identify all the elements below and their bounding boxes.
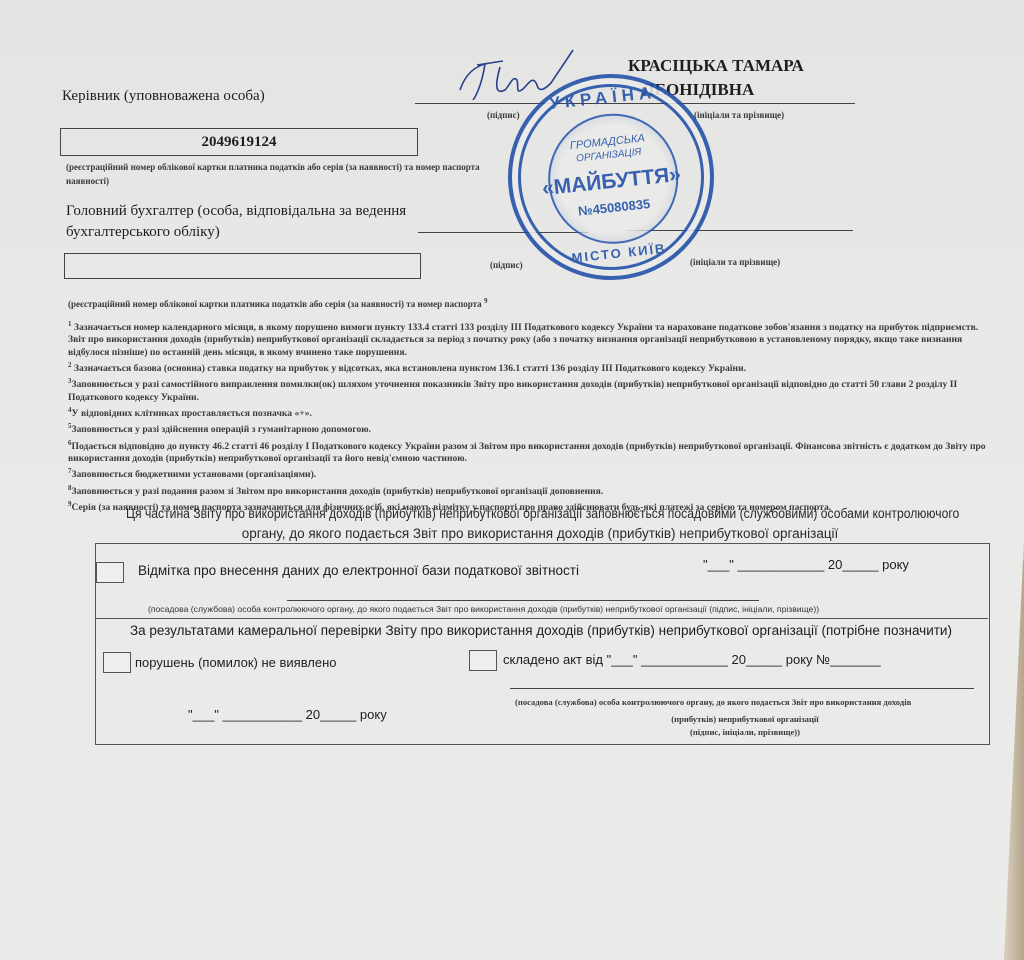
accountant-label-line1: Головний бухгалтер (особа, відповідальна… — [66, 203, 406, 220]
footnote-text: Заповнюється у разі здійснення операцій … — [72, 424, 372, 435]
footnote: 7Заповнюється бюджетними установами (орг… — [68, 465, 998, 481]
accountant-label-line2: бухгалтерського обліку) — [66, 224, 220, 241]
accountant-name-caption: (ініціали та прізвище) — [690, 257, 780, 267]
control-section-title-line1: Ця частина Звіту про використання доході… — [126, 504, 954, 524]
manager-tax-id-value: 2049619124 — [61, 129, 417, 155]
entry-official-caption: (посадова (службова) особа контролюючого… — [148, 604, 819, 614]
footnote-number: 2 — [68, 361, 72, 369]
footnote: 6Подається відповідно до пункту 46.2 ста… — [68, 437, 998, 466]
footnote-text: Зазначається номер календарного місяця, … — [68, 322, 978, 357]
document-page: Керівник (уповноважена особа) (підпис) К… — [0, 0, 1024, 960]
footnote: 3Заповнюється у разі самостійного виправ… — [68, 375, 998, 404]
review-caption-line1: (посадова (службова) особа контролюючого… — [515, 697, 911, 707]
review-title: За результатами камеральної перевірки Зв… — [96, 623, 986, 638]
footnote: 8Заповнюється у разі подання разом зі Зв… — [68, 482, 998, 498]
footnote-text: Подається відповідно до пункту 46.2 стат… — [68, 441, 986, 464]
accountant-tax-id-caption-text: (реєстраційний номер облікової картки пл… — [68, 299, 482, 309]
footnote-ref: 9 — [484, 297, 488, 305]
accountant-signature-caption: (підпис) — [490, 260, 523, 270]
footnote-text: Заповнюється бюджетними установами (орга… — [72, 469, 317, 480]
control-section-title: Ця частина Звіту про використання доході… — [80, 504, 1000, 544]
no-violations-label: порушень (помилок) не виявлено — [135, 655, 337, 670]
accountant-tax-id-caption: (реєстраційний номер облікової картки пл… — [68, 297, 487, 309]
entry-mark-checkbox[interactable] — [96, 562, 124, 583]
manager-tax-id-caption-cont: наявності) — [66, 176, 109, 186]
footnote: 1 Зазначається номер календарного місяця… — [68, 318, 998, 359]
manager-tax-id-field[interactable]: 2049619124 — [60, 128, 418, 156]
no-violations-checkbox[interactable] — [103, 652, 131, 673]
manager-label: Керівник (уповноважена особа) — [62, 88, 265, 105]
footnote-text: Зазначається базова (основна) ставка под… — [74, 363, 746, 374]
review-official-signature-line — [510, 688, 974, 689]
footnote-number: 1 — [68, 320, 72, 328]
review-caption-line3: (підпис, ініціали, прізвище)) — [515, 727, 975, 737]
review-caption-line2: (прибутків) неприбуткової організації — [515, 714, 975, 724]
control-frame-divider — [95, 618, 988, 619]
entry-mark-date: "___" ____________ 20_____ року — [703, 557, 909, 572]
act-label: складено акт від "___" ____________ 20__… — [503, 652, 881, 667]
footnote-text: Заповнюється у разі подання разом зі Зві… — [72, 486, 604, 497]
manager-name-caption: (ініціали та прізвище) — [694, 110, 784, 120]
footnote-text: У відповідних клітинках проставляється п… — [72, 408, 312, 419]
act-checkbox[interactable] — [469, 650, 497, 671]
manager-tax-id-caption: (реєстраційний номер облікової картки пл… — [66, 162, 480, 172]
accountant-tax-id-field[interactable] — [64, 253, 421, 279]
footnote: 5Заповнюється у разі здійснення операцій… — [68, 420, 998, 436]
footnotes: 1 Зазначається номер календарного місяця… — [68, 318, 998, 514]
footnote-text: Заповнюється у разі самостійного виправл… — [68, 379, 957, 402]
footnote: 4У відповідних клітинках проставляється … — [68, 404, 998, 420]
footnote: 2 Зазначається базова (основна) ставка п… — [68, 359, 998, 375]
entry-mark-label: Відмітка про внесення даних до електронн… — [138, 563, 579, 578]
control-section-title-line2: органу, до якого подається Звіт про вико… — [80, 524, 1000, 544]
review-date: "___" ___________ 20_____ року — [188, 707, 387, 722]
entry-official-signature-line — [287, 600, 759, 601]
manager-name-line1: КРАСІЦЬКА ТАМАРА — [628, 56, 804, 76]
